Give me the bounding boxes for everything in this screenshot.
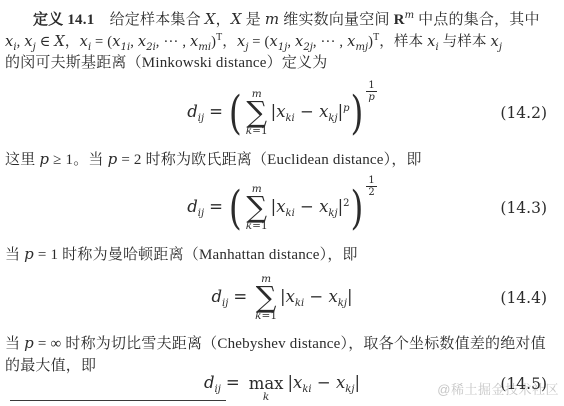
paragraph-line-3: 的闵可夫斯基距离（Minkowski distance）定义为 [5, 54, 327, 72]
text-run: 1 [368, 175, 374, 186]
text-run: d [187, 102, 198, 121]
text-run: R [394, 12, 405, 28]
footnote-rule [10, 400, 226, 401]
text-run: =1 [252, 220, 267, 232]
text-run: 与样本 [439, 34, 491, 50]
text-run: kj [328, 208, 337, 219]
text-run: = ( [91, 34, 112, 50]
paragraph-line-4: 这里 p ≥ 1。当 p = 2 时称为欧氏距离（Euclidean dista… [5, 150, 422, 169]
text-run: 1 [368, 80, 374, 91]
text-run: x [276, 197, 285, 216]
formula-body: |xki − xkj| [287, 373, 360, 395]
max-symbol: max [249, 376, 284, 393]
formula-lhs: dij= [187, 102, 228, 124]
text-run: | [347, 287, 353, 306]
text-run: m [265, 10, 279, 28]
formula-lhs: dij= [204, 373, 245, 395]
text-run: p [343, 103, 349, 114]
text-run: X [54, 34, 65, 50]
fraction-denominator: 2 [368, 187, 374, 199]
text-run: 当 [5, 247, 24, 263]
operator-lower-limit: k [263, 392, 269, 403]
sum-symbol: ∑ [246, 194, 267, 222]
text-run: 维实数向量空间 [279, 12, 393, 28]
formula-lhs: dij= [187, 197, 228, 219]
text-run: ki [286, 208, 295, 219]
text-run: x [336, 373, 345, 392]
text-run: x [328, 287, 337, 306]
equation-number-14-3: (14.3) [500, 199, 547, 217]
text-run: mi [198, 42, 211, 53]
big-paren: ) [351, 176, 364, 240]
exponent-fraction: 12 [366, 175, 376, 199]
text-run: x [293, 373, 302, 392]
equation-14-2: dij=(m∑k=1|xki − xkj|p)1p (14.2) [0, 85, 564, 141]
sum-symbol: ∑ [246, 99, 267, 127]
text-run: 中点的集合，其中 [414, 12, 540, 28]
paragraph-line-1: 定义 14.1 给定样本集合 X，X 是 m 维实数向量空间 Rm 中点的集合，… [33, 7, 540, 29]
text-run: ，样本 [379, 34, 427, 50]
sum-symbol: ∑ [256, 284, 277, 312]
formula-lhs: dij= [211, 287, 252, 309]
text-run: = 2 时称为欧氏距离（Euclidean distance），即 [117, 152, 421, 168]
text-run: mj [355, 42, 368, 53]
text-run: 定义 14.1 [33, 12, 94, 28]
text-run: kj [338, 298, 347, 309]
text-run: ki [295, 298, 304, 309]
text-run: j [499, 42, 502, 53]
text-run: − [304, 287, 328, 306]
text-run: p [24, 245, 34, 263]
text-run: d [204, 373, 215, 392]
paragraph-line-6: 当 p = ∞ 时称为切比雪夫距离（Chebyshev distance），取各… [5, 334, 546, 353]
max-operator: maxk [249, 376, 284, 403]
text-run: 1j [278, 42, 287, 53]
operator-lower-limit: k=1 [246, 126, 268, 137]
exponent-fraction: 1p [366, 80, 376, 104]
equation-14-3: dij=(m∑k=1|xki − xkj|2)12 (14.3) [0, 180, 564, 236]
text-run: x [24, 34, 32, 50]
text-run: x [319, 102, 328, 121]
text-run: kj [328, 113, 337, 124]
text-run: k [263, 391, 269, 403]
fraction-numerator: 1 [366, 175, 376, 188]
text-run: 1i [121, 42, 131, 53]
text-run: − [295, 197, 319, 216]
equation-14-4: dij=m∑k=1|xki − xkj| (14.4) [0, 270, 564, 326]
text-run: − [312, 373, 336, 392]
formula-body: |xki − xkj| [280, 287, 353, 309]
text-run: = ∞ 时称为切比雪夫距离（Chebyshev distance），取各个坐标数… [34, 336, 546, 352]
sum-operator: m∑k=1 [246, 89, 268, 137]
text-run: x [286, 287, 295, 306]
equation-number-14-2: (14.2) [500, 104, 547, 122]
text-run: x [80, 34, 88, 50]
text-run: x [112, 34, 120, 50]
text-run: , [287, 34, 295, 50]
text-run: X [205, 10, 216, 28]
text-run: d [187, 197, 198, 216]
sum-operator: m∑k=1 [255, 274, 277, 322]
operator-lower-limit: k=1 [246, 221, 268, 232]
paragraph-line-5: 当 p = 1 时称为曼哈顿距离（Manhattan distance），即 [5, 245, 358, 264]
text-run: =1 [252, 125, 267, 137]
text-run: p [24, 334, 34, 352]
text-run: , ··· , [313, 34, 347, 50]
text-run: ij [215, 384, 221, 395]
text-run: 2j [303, 42, 312, 53]
big-paren: ( [229, 81, 242, 145]
text-run: ij [198, 113, 204, 124]
text-run: 的闵可夫斯基距离（Minkowski distance）定义为 [5, 55, 327, 71]
text-run: ， [222, 34, 237, 50]
fraction-numerator: 1 [366, 80, 376, 93]
text-run: , [130, 34, 138, 50]
manhattan-formula: dij=m∑k=1|xki − xkj| [211, 274, 352, 322]
equals-sign: = [209, 102, 223, 121]
text-run: x [491, 34, 499, 50]
text-run: p [108, 150, 118, 168]
minkowski-formula: dij=(m∑k=1|xki − xkj|p)1p [187, 89, 377, 137]
text-run: ≥ 1。当 [49, 152, 107, 168]
text-run: 2 [368, 187, 374, 198]
text-run: ∈ [36, 34, 55, 50]
text-run: − [295, 102, 319, 121]
text-run: ki [302, 384, 311, 395]
text-run: ， [216, 12, 231, 28]
text-run: d [211, 287, 222, 306]
text-run: ， [65, 34, 80, 50]
chebyshev-formula: dij=maxk|xki − xkj| [204, 371, 360, 398]
equation-number-14-5: (14.5) [500, 375, 547, 393]
text-run: ij [198, 208, 204, 219]
paragraph-line-2: xi, xj ∈ X，xi = (x1i, x2i, ··· , xmi)T，x… [5, 29, 502, 57]
text-run: 当 [5, 336, 24, 352]
formula-body: |xki − xkj|p [271, 102, 350, 124]
equals-sign: = [209, 197, 223, 216]
text-run: X [231, 10, 242, 28]
operator-lower-limit: k=1 [255, 311, 277, 322]
text-run: p [368, 92, 374, 103]
text-run: x [427, 34, 435, 50]
text-run: 给定样本集合 [94, 12, 204, 28]
text-run: ij [222, 298, 228, 309]
equation-number-14-4: (14.4) [500, 289, 547, 307]
text-run: x [270, 34, 278, 50]
text-run: 这里 [5, 152, 39, 168]
text-run: =1 [262, 310, 277, 322]
equals-sign: = [233, 287, 247, 306]
equals-sign: = [226, 373, 240, 392]
text-run: 2i [146, 42, 156, 53]
document-page: 定义 14.1 给定样本集合 X，X 是 m 维实数向量空间 Rm 中点的集合，… [0, 0, 564, 406]
big-paren: ) [351, 81, 364, 145]
text-run: = 1 时称为曼哈顿距离（Manhattan distance），即 [34, 247, 358, 263]
text-run: = ( [248, 34, 269, 50]
fraction-denominator: p [368, 92, 374, 104]
euclidean-formula: dij=(m∑k=1|xki − xkj|2)12 [187, 184, 377, 232]
sum-operator: m∑k=1 [246, 184, 268, 232]
text-run: 2 [343, 198, 349, 209]
text-run: x [138, 34, 146, 50]
text-run: | [354, 373, 360, 392]
text-run: ki [286, 113, 295, 124]
text-run: m [405, 10, 414, 21]
text-run: x [276, 102, 285, 121]
big-paren: ( [229, 176, 242, 240]
text-run: p [39, 150, 49, 168]
text-run: , ··· , [156, 34, 190, 50]
text-run: 是 [242, 12, 265, 28]
formula-body: |xki − xkj|2 [271, 197, 350, 219]
